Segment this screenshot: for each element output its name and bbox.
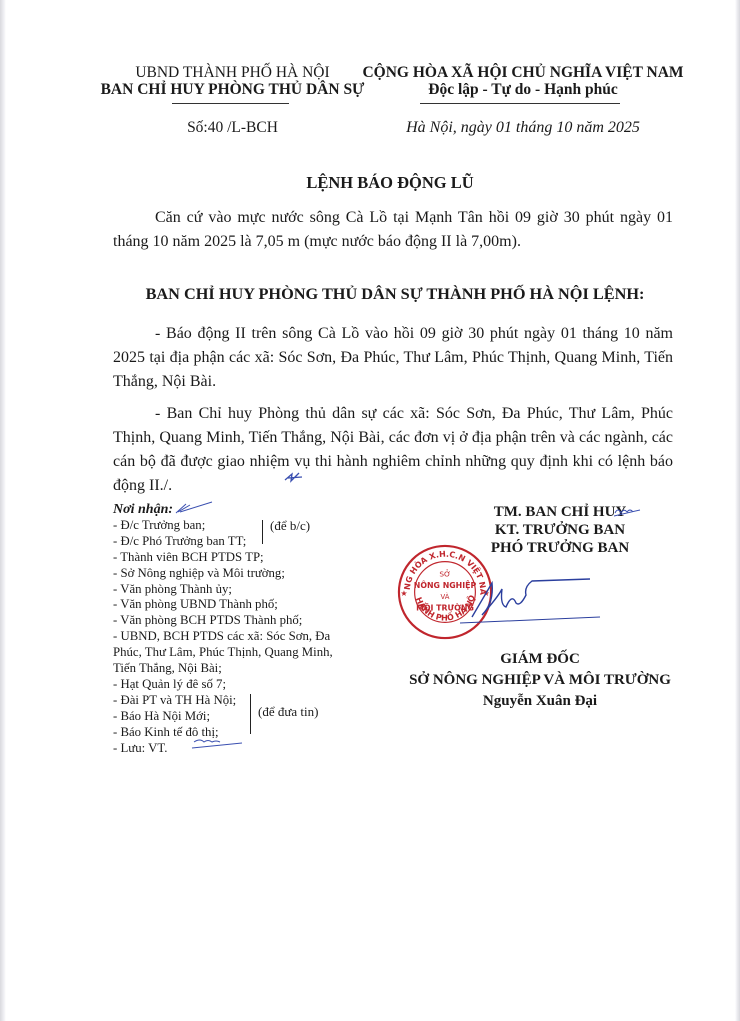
- motto: Độc lập - Tự do - Hạnh phúc: [362, 81, 684, 99]
- recipient-item: - Thành viên BCH PTDS TP;: [113, 550, 373, 566]
- org-parent: UBND THÀNH PHỐ HÀ NỘI: [95, 64, 370, 82]
- recipient-item: Phúc, Thư Lâm, Phúc Thịnh, Quang Minh,: [113, 645, 373, 661]
- page-edge-left: [0, 0, 6, 1021]
- org-name: BAN CHỈ HUY PHÒNG THỦ DÂN SỰ: [95, 81, 370, 99]
- order-text: - Ban Chỉ huy Phòng thủ dân sự các xã: S…: [113, 402, 673, 498]
- page-edge-right: [735, 0, 740, 1021]
- note-news: (để đưa tin): [258, 704, 318, 720]
- order-item-2: - Ban Chỉ huy Phòng thủ dân sự các xã: S…: [113, 402, 673, 498]
- recipients-title: Nơi nhận:: [113, 502, 373, 518]
- handwritten-signature: [460, 575, 640, 625]
- document-title: LỆNH BÁO ĐỘNG LŨ: [100, 173, 680, 193]
- recipients-list: Nơi nhận: - Đ/c Trưởng ban; - Đ/c Phó Tr…: [113, 502, 373, 757]
- order-heading: BAN CHỈ HUY PHÒNG THỦ DÂN SỰ THÀNH PHỐ H…: [95, 284, 695, 304]
- note-report: (để b/c): [270, 518, 310, 534]
- sign-position: GIÁM ĐỐC: [380, 650, 700, 669]
- sign-line-2: KT. TRƯỞNG BAN: [380, 521, 700, 540]
- recipient-item: Tiến Thắng, Nội Bài;: [113, 661, 373, 677]
- initial-mark-icon: [283, 470, 305, 484]
- recipient-item: - UBND, BCH PTDS các xã: Sóc Sơn, Đa: [113, 629, 373, 645]
- recipients-initial-icon: [172, 500, 217, 516]
- recipient-item: - Văn phòng Thành ủy;: [113, 582, 373, 598]
- svg-text:VÀ: VÀ: [441, 592, 450, 601]
- signer-name: Nguyễn Xuân Đại: [380, 692, 700, 711]
- sign-department: SỞ NÔNG NGHIỆP VÀ MÔI TRƯỜNG: [380, 671, 700, 690]
- motto-underline: [420, 103, 620, 104]
- sign-line-1: TM. BAN CHỈ HUY: [380, 503, 700, 522]
- org-underline: [172, 103, 289, 104]
- order-item-1: - Báo động II trên sông Cà Lồ vào hồi 09…: [113, 322, 673, 394]
- recipient-item: - Đài PT và TH Hà Nội;: [113, 693, 373, 709]
- recipient-item: - Văn phòng UBND Thành phố;: [113, 597, 373, 613]
- recipient-item: - Đ/c Trưởng ban;: [113, 518, 373, 534]
- recipient-item: - Văn phòng BCH PTDS Thành phố;: [113, 613, 373, 629]
- archive-initial-icon: [190, 736, 245, 750]
- svg-text:SỞ: SỞ: [439, 568, 450, 578]
- svg-text:★: ★: [400, 589, 407, 598]
- recipient-item: - Báo Hà Nội Mới;: [113, 709, 373, 725]
- preamble: Căn cứ vào mực nước sông Cà Lồ tại Mạnh …: [113, 206, 673, 254]
- order-text: - Báo động II trên sông Cà Lồ vào hồi 09…: [113, 322, 673, 394]
- recipient-item: - Sở Nông nghiệp và Môi trường;: [113, 566, 373, 582]
- preamble-text: Căn cứ vào mực nước sông Cà Lồ tại Mạnh …: [113, 206, 673, 254]
- recipient-item: - Đ/c Phó Trưởng ban TT;: [113, 534, 373, 550]
- sign-initial-icon: [612, 504, 642, 518]
- bracket-report: [262, 520, 263, 544]
- recipient-item: - Hạt Quản lý đê số 7;: [113, 677, 373, 693]
- place-date: Hà Nội, ngày 01 tháng 10 năm 2025: [362, 119, 684, 137]
- doc-number: Số:40 /L-BCH: [95, 119, 370, 137]
- nation-title: CỘNG HÒA XÃ HỘI CHỦ NGHĨA VIỆT NAM: [362, 64, 684, 82]
- bracket-news: [250, 694, 251, 734]
